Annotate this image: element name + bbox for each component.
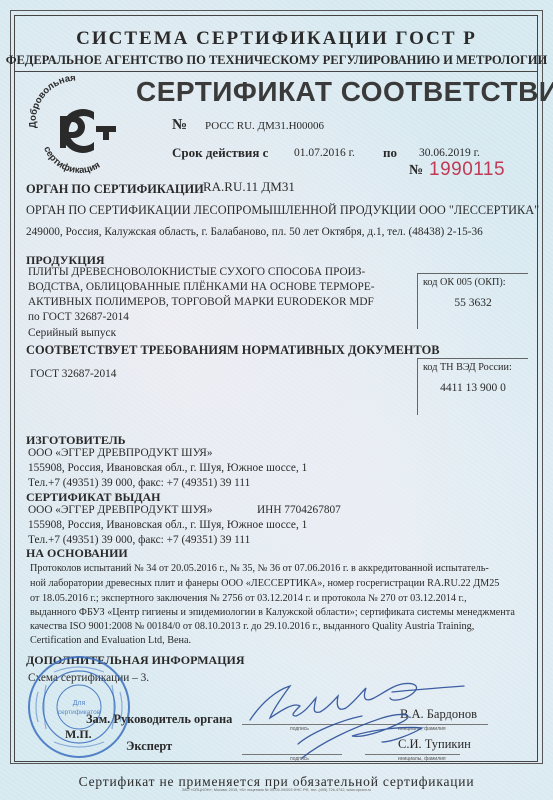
agency-name: ФЕДЕРАЛЬНОЕ АГЕНТСТВО ПО ТЕХНИЧЕСКОМУ РЕ… — [0, 53, 553, 68]
rst-voluntary-certification-logo-icon: Добровольная сертификация — [22, 76, 128, 180]
basis-line-5: качества ISO 9001:2008 № 00184/0 от 08.1… — [30, 621, 474, 632]
basis-line-6: Certification and Evaluation Ltd, Вена. — [30, 635, 191, 646]
handwritten-signature-icon — [242, 672, 472, 768]
document-title: СЕРТИФИКАТ СООТВЕТСТВИЯ — [136, 76, 553, 108]
serial-number-label: № — [409, 163, 423, 179]
round-seal-stamp-icon: Для сертификатов — [24, 652, 134, 762]
cert-number-label: № — [172, 117, 187, 134]
okp-code-label: код ОК 005 (ОКП): — [423, 277, 506, 288]
header-divider — [14, 71, 538, 72]
cert-body-address: 249000, Россия, Калужская область, г. Ба… — [26, 226, 483, 238]
head-label: Зам. Руководитель органа — [86, 712, 232, 727]
product-line-2: ВОДСТВА, ОБЛИЦОВАННЫЕ ПЛЁНКАМИ НА ОСНОВЕ… — [28, 281, 375, 293]
manufacturer-address: 155908, Россия, Ивановская обл., г. Шуя,… — [28, 462, 307, 474]
basis-line-1: Протоколов испытаний № 34 от 20.05.2016 … — [30, 563, 489, 574]
issued-to-address: 155908, Россия, Ивановская обл., г. Шуя,… — [28, 519, 307, 531]
product-release: Серийный выпуск — [28, 327, 116, 339]
compliance-standard: ГОСТ 32687-2014 — [30, 368, 116, 380]
tnved-code-box: код ТН ВЭД России: 4411 13 900 0 — [417, 358, 528, 415]
valid-from: 01.07.2016 г. — [294, 147, 355, 159]
stamp-center-text-1: Для — [73, 700, 86, 707]
okp-code-box: код ОК 005 (ОКП): 55 3632 — [417, 273, 528, 329]
printer-imprint: ЗАО «ОПЦИОН», Москва, 2015, «Б» лицензия… — [0, 788, 553, 792]
manufacturer-label: ИЗГОТОВИТЕЛЬ — [26, 433, 126, 448]
system-title: СИСТЕМА СЕРТИФИКАЦИИ ГОСТ Р — [0, 28, 553, 50]
basis-line-3: от 18.05.2016 г.; экспертного заключения… — [30, 593, 467, 604]
cert-body-label: ОРГАН ПО СЕРТИФИКАЦИИ — [26, 182, 204, 197]
cert-number: РОСС RU. ДМ31.Н00006 — [205, 120, 324, 132]
serial-number: 1990115 — [429, 159, 505, 181]
tnved-code-label: код ТН ВЭД России: — [423, 362, 512, 373]
product-line-1: ПЛИТЫ ДРЕВЕСНОВОЛОКНИСТЫЕ СУХОГО СПОСОБА… — [28, 266, 365, 278]
manufacturer-name: ООО «ЭГГЕР ДРЕВПРОДУКТ ШУЯ» — [28, 447, 212, 459]
cert-body-code: RA.RU.11 ДМ31 — [203, 179, 295, 195]
cert-body-name: ОРГАН ПО СЕРТИФИКАЦИИ ЛЕСОПРОМЫШЛЕННОЙ П… — [26, 203, 539, 218]
product-line-4: по ГОСТ 32687-2014 — [28, 311, 129, 323]
issued-to-label: СЕРТИФИКАТ ВЫДАН — [26, 490, 160, 505]
valid-to: 30.06.2019 г. — [419, 147, 480, 159]
expert-label: Эксперт — [126, 739, 172, 754]
issued-to-phone: Тел.+7 (49351) 39 000, факс: +7 (49351) … — [28, 534, 250, 546]
issued-to-inn: ИНН 7704267807 — [257, 504, 341, 516]
basis-line-4: выданного ФБУЗ «Центр гигиены и эпидемио… — [30, 607, 515, 618]
basis-label: НА ОСНОВАНИИ — [26, 546, 128, 561]
issued-to-name: ООО «ЭГГЕР ДРЕВПРОДУКТ ШУЯ» — [28, 504, 212, 516]
validity-label: Срок действия с — [172, 145, 268, 161]
product-line-3: АКТИВНЫХ ПОЛИМЕРОВ, ТОРГОВОЙ МАРКИ EUROD… — [28, 296, 374, 308]
okp-code-value: 55 3632 — [418, 297, 528, 309]
tnved-code-value: 4411 13 900 0 — [418, 382, 528, 394]
basis-line-2: ной лаборатории древесных плит и фанеры … — [30, 578, 499, 589]
compliance-label: СООТВЕТСТВУЕТ ТРЕБОВАНИЯМ НОРМАТИВНЫХ ДО… — [26, 343, 440, 358]
mp-label: М.П. — [65, 727, 92, 742]
valid-to-label: по — [383, 145, 397, 161]
manufacturer-phone: Тел.+7 (49351) 39 000, факс: +7 (49351) … — [28, 477, 250, 489]
